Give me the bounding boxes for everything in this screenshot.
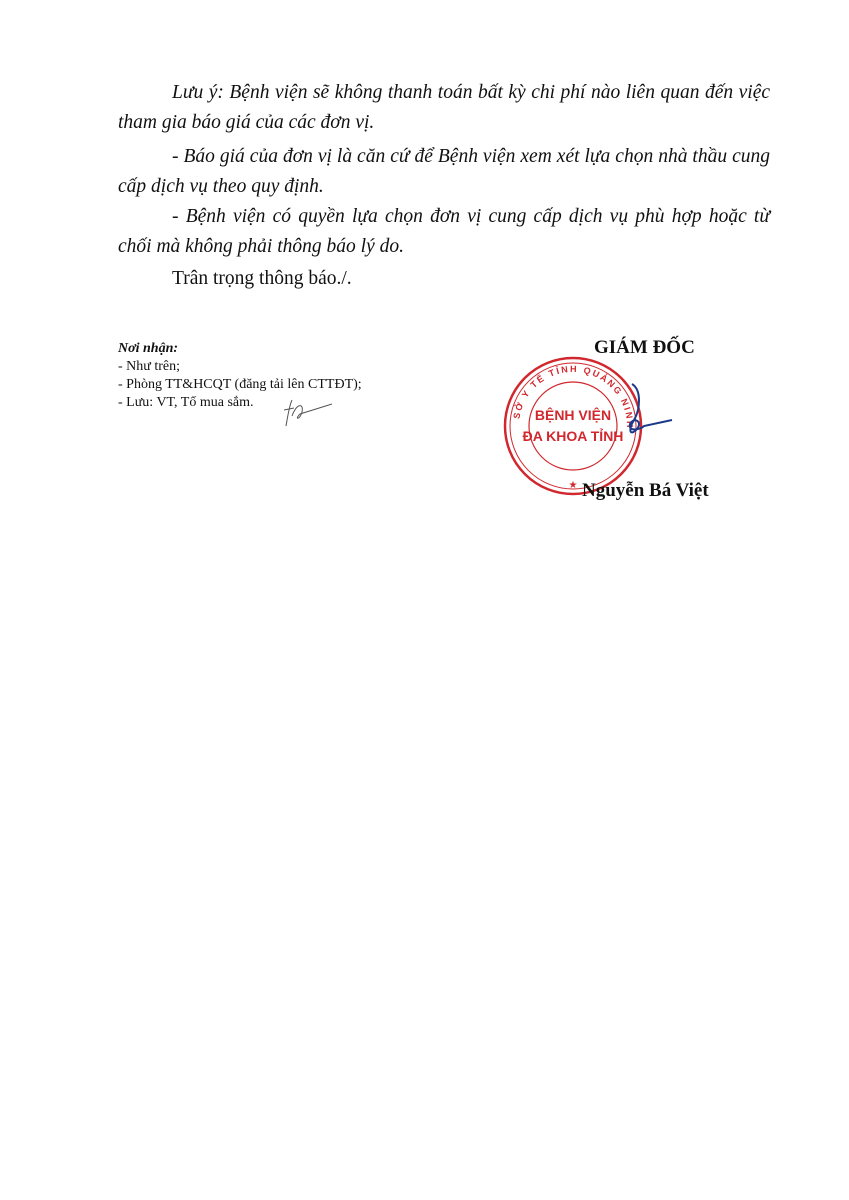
initial-signature-icon bbox=[278, 396, 338, 430]
svg-text:BỆNH VIỆN: BỆNH VIỆN bbox=[535, 406, 611, 423]
rights-paragraph: - Bệnh viện có quyền lựa chọn đơn vị cun… bbox=[118, 202, 770, 262]
svg-text:★: ★ bbox=[569, 480, 578, 491]
recipient-item: - Phòng TT&HCQT (đăng tải lên CTTĐT); bbox=[118, 376, 362, 394]
director-signature-icon bbox=[620, 380, 680, 450]
signer-name: Nguyễn Bá Việt bbox=[582, 480, 709, 502]
closing-paragraph: Trân trọng thông báo./. bbox=[118, 264, 770, 294]
note-paragraph: Lưu ý: Bệnh viện sẽ không thanh toán bất… bbox=[118, 78, 770, 138]
recipient-item: - Như trên; bbox=[118, 358, 362, 376]
svg-text:ĐA KHOA TỈNH: ĐA KHOA TỈNH bbox=[523, 428, 624, 444]
recipients-heading: Nơi nhận: bbox=[118, 340, 362, 358]
quote-basis-paragraph: - Báo giá của đơn vị là căn cứ để Bệnh v… bbox=[118, 142, 770, 202]
